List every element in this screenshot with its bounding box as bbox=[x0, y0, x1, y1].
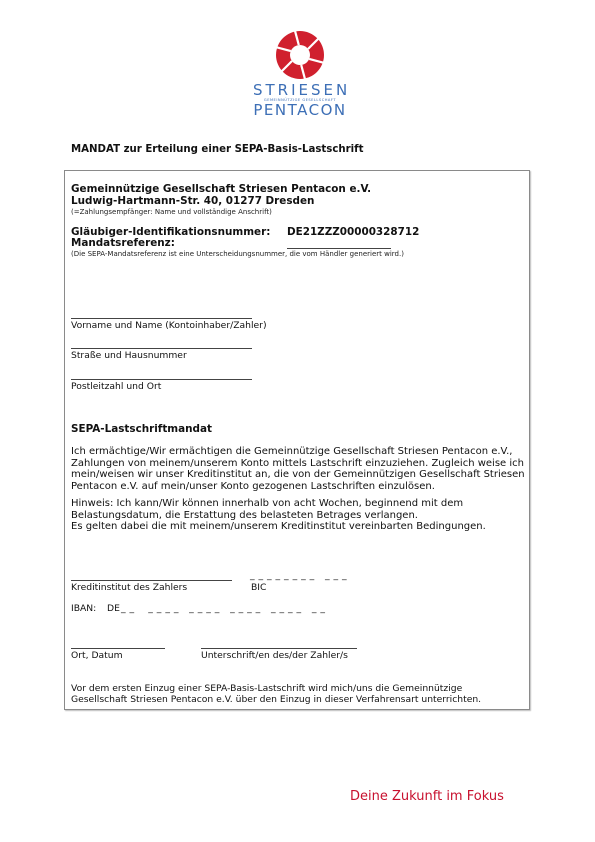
footer-text-line-2: Gesellschaft Striesen Pentacon e.V. über… bbox=[71, 694, 481, 705]
logo-text-pentacon: PENTACON bbox=[250, 103, 350, 118]
bank-name-label: Kreditinstitut des Zahlers bbox=[71, 582, 187, 593]
mandate-reference-field[interactable] bbox=[287, 248, 391, 249]
organization-logo: STRIESEN GEMEINNÜTZIGE GESELLSCHAFT PENT… bbox=[250, 30, 350, 118]
payer-city-label: Postleitzahl und Ort bbox=[71, 381, 161, 392]
mandate-reference-note: (Die SEPA-Mandatsreferenz ist eine Unter… bbox=[71, 250, 404, 258]
iban-country-prefix: DE bbox=[107, 603, 120, 614]
notice-text-line-2: Belastungsdatum, die Erstattung des bela… bbox=[71, 510, 418, 522]
mandate-reference-label: Mandatsreferenz: bbox=[71, 237, 175, 249]
payer-city-field[interactable] bbox=[71, 379, 252, 380]
creditor-name: Gemeinnützige Gesellschaft Striesen Pent… bbox=[71, 183, 371, 195]
mandate-text-line-3: mein/weisen wir unser Kreditinstitut an,… bbox=[71, 469, 525, 481]
iban-label: IBAN: bbox=[71, 603, 96, 614]
logo-text-striesen: STRIESEN bbox=[250, 83, 350, 98]
iban-field[interactable]: _ _ _ _ _ _ _ _ _ _ _ _ _ _ _ _ _ _ _ _ bbox=[121, 603, 326, 614]
place-date-label: Ort, Datum bbox=[71, 650, 123, 661]
document-title: MANDAT zur Erteilung einer SEPA-Basis-La… bbox=[71, 144, 363, 155]
signature-field[interactable] bbox=[201, 648, 357, 649]
slogan: Deine Zukunft im Fokus bbox=[350, 789, 504, 804]
mandate-text-line-4: Pentacon e.V. auf mein/unser Konto gezog… bbox=[71, 481, 435, 493]
bank-name-field[interactable] bbox=[71, 580, 232, 581]
payer-name-label: Vorname und Name (Kontoinhaber/Zahler) bbox=[71, 320, 267, 331]
mandate-heading: SEPA-Lastschriftmandat bbox=[71, 423, 212, 435]
creditor-address: Ludwig-Hartmann-Str. 40, 01277 Dresden bbox=[71, 195, 314, 207]
payer-street-label: Straße und Hausnummer bbox=[71, 350, 187, 361]
notice-text-line-1: Hinweis: Ich kann/Wir können innerhalb v… bbox=[71, 498, 463, 510]
notice-text-line-3: Es gelten dabei die mit meinem/unserem K… bbox=[71, 521, 486, 533]
bic-field[interactable]: _ _ _ _ _ _ _ _ _ _ _ bbox=[250, 570, 347, 581]
creditor-note: (=Zahlungsempfänger: Name und vollständi… bbox=[71, 208, 272, 216]
camera-aperture-icon bbox=[275, 30, 325, 80]
footer-text-line-1: Vor dem ersten Einzug einer SEPA-Basis-L… bbox=[71, 683, 462, 694]
creditor-id-value: DE21ZZZ00000328712 bbox=[287, 226, 419, 238]
payer-street-field[interactable] bbox=[71, 348, 252, 349]
place-date-field[interactable] bbox=[71, 648, 165, 649]
mandate-text-line-1: Ich ermächtige/Wir ermächtigen die Gemei… bbox=[71, 446, 512, 458]
bic-label: BIC bbox=[251, 582, 266, 593]
signature-label: Unterschrift/en des/der Zahler/s bbox=[201, 650, 348, 661]
mandate-text-line-2: Zahlungen von meinem/unserem Konto mitte… bbox=[71, 458, 524, 470]
payer-name-field[interactable] bbox=[71, 318, 252, 319]
